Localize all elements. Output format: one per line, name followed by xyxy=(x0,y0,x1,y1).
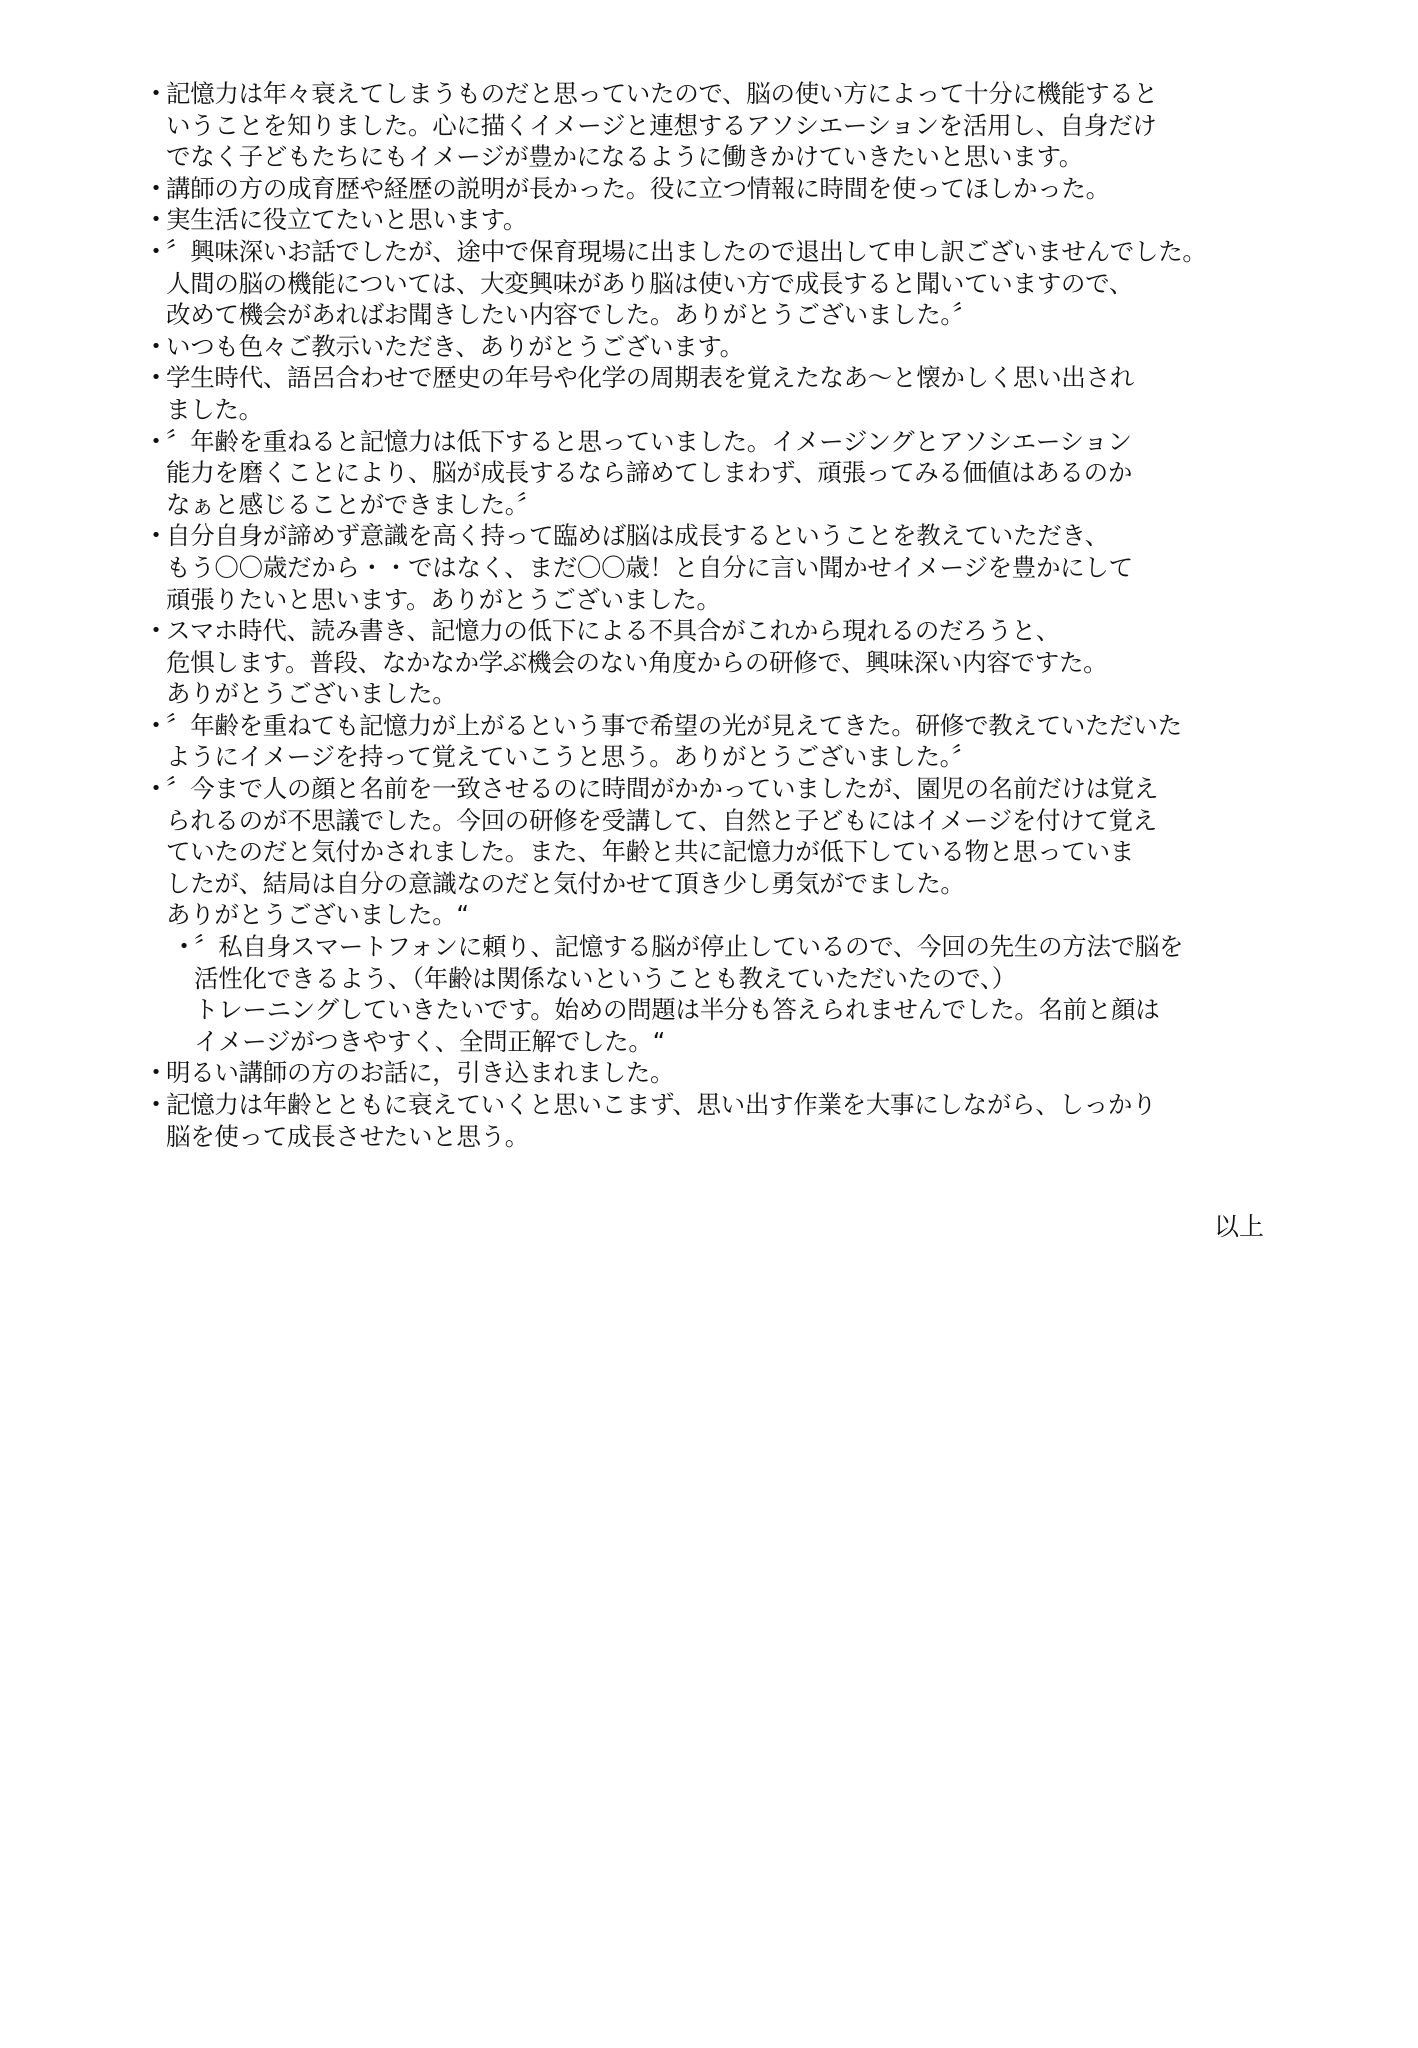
feedback-line: 頑張りたいと思います。ありがとうございました。 xyxy=(166,584,1207,616)
bullet-icon: • xyxy=(148,615,164,647)
feedback-line: ようにイメージを持って覚えていこうと思う。ありがとうございました。〞 xyxy=(166,741,1207,773)
feedback-line: ました。 xyxy=(166,394,1207,426)
feedback-line: スマホ時代、読み書き、記憶力の低下による不具合がこれから現れるのだろうと、 xyxy=(166,615,1207,647)
feedback-line: 講師の方の成育歴や経歴の説明が長かった。役に立つ情報に時間を使ってほしかった。 xyxy=(166,173,1207,205)
feedback-line: 記憶力は年齢とともに衰えていくと思いこまず、思い出す作業を大事にしながら、しっか… xyxy=(166,1089,1207,1121)
feedback-item: •記憶力は年々衰えてしまうものだと思っていたので、脳の使い方によって十分に機能す… xyxy=(148,78,1207,173)
feedback-line: 〞年齢を重ねると記憶力は低下すると思っていました。イメージングとアソシエーション xyxy=(166,426,1207,458)
feedback-line: 能力を磨くことにより、脳が成長するなら諦めてしまわず、頑張ってみる価値はあるのか xyxy=(166,457,1207,489)
feedback-line: 改めて機会があればお聞きしたい内容でした。ありがとうございました。〞 xyxy=(166,299,1207,331)
bullet-icon: • xyxy=(176,931,192,963)
feedback-line: もう〇〇歳だから・・ではなく、まだ〇〇歳！と自分に言い聞かせイメージを豊かにして xyxy=(166,552,1207,584)
bullet-icon: • xyxy=(148,78,164,110)
closing-mark: 以上 xyxy=(1214,1212,1264,1242)
feedback-item: •いつも色々ご教示いただき、ありがとうございます。 xyxy=(148,331,1207,363)
feedback-line: 学生時代、語呂合わせで歴史の年号や化学の周期表を覚えたなあ～と懐かしく思い出され xyxy=(166,362,1207,394)
feedback-line: 〞年齢を重ねても記憶力が上がるという事で希望の光が見えてきた。研修で教えていただ… xyxy=(166,710,1207,742)
feedback-line: したが、結局は自分の意識なのだと気付かせて頂き少し勇気がでました。 xyxy=(166,868,1207,900)
feedback-item: •〞今まで人の顔と名前を一致させるのに時間がかかっていましたが、園児の名前だけは… xyxy=(148,773,1207,931)
feedback-line: ありがとうございました。“ xyxy=(166,899,1207,931)
feedback-line: 脳を使って成長させたいと思う。 xyxy=(166,1121,1207,1153)
nested-feedback-item: •〞私自身スマートフォンに頼り、記憶する脳が停止しているので、今回の先生の方法で… xyxy=(176,931,1207,1057)
feedback-item: •講師の方の成育歴や経歴の説明が長かった。役に立つ情報に時間を使ってほしかった。 xyxy=(148,173,1207,205)
feedback-item: •〞年齢を重ねると記憶力は低下すると思っていました。イメージングとアソシエーショ… xyxy=(148,426,1207,521)
feedback-item: •明るい講師の方のお話に，引き込まれました。 xyxy=(148,1057,1207,1089)
feedback-line: 記憶力は年々衰えてしまうものだと思っていたので、脳の使い方によって十分に機能する… xyxy=(166,78,1207,110)
feedback-item: •実生活に役立てたいと思います。 xyxy=(148,204,1207,236)
feedback-line: られるのが不思議でした。今回の研修を受講して、自然と子どもにはイメージを付けて覚… xyxy=(166,805,1207,837)
feedback-line: 実生活に役立てたいと思います。 xyxy=(166,204,1207,236)
bullet-icon: • xyxy=(148,426,164,458)
feedback-line: でなく子どもたちにもイメージが豊かになるように働きかけていきたいと思います。 xyxy=(166,141,1207,173)
feedback-line: トレーニングしていきたいです。始めの問題は半分も答えられませんでした。名前と顔は xyxy=(194,994,1207,1026)
feedback-line: 〞今まで人の顔と名前を一致させるのに時間がかかっていましたが、園児の名前だけは覚… xyxy=(166,773,1207,805)
bullet-icon: • xyxy=(148,331,164,363)
feedback-line: いつも色々ご教示いただき、ありがとうございます。 xyxy=(166,331,1207,363)
feedback-line: イメージがつきやすく、全問正解でした。“ xyxy=(194,1026,1207,1058)
feedback-line: なぁと感じることができました。〞 xyxy=(166,489,1207,521)
feedback-item: •〞年齢を重ねても記憶力が上がるという事で希望の光が見えてきた。研修で教えていた… xyxy=(148,710,1207,773)
feedback-item: •記憶力は年齢とともに衰えていくと思いこまず、思い出す作業を大事にしながら、しっ… xyxy=(148,1089,1207,1152)
bullet-icon: • xyxy=(148,773,164,805)
bullet-icon: • xyxy=(148,173,164,205)
feedback-item: •〞興味深いお話でしたが、途中で保育現場に出ましたので退出して申し訳ございません… xyxy=(148,236,1207,331)
feedback-list: •記憶力は年々衰えてしまうものだと思っていたので、脳の使い方によって十分に機能す… xyxy=(148,78,1207,1152)
feedback-line: 〞興味深いお話でしたが、途中で保育現場に出ましたので退出して申し訳ございませんで… xyxy=(166,236,1207,268)
feedback-line: 明るい講師の方のお話に，引き込まれました。 xyxy=(166,1057,1207,1089)
bullet-icon: • xyxy=(148,710,164,742)
feedback-line: 自分自身が諦めず意識を高く持って臨めば脳は成長するということを教えていただき、 xyxy=(166,520,1207,552)
bullet-icon: • xyxy=(148,1057,164,1089)
feedback-line: 危惧します。普段、なかなか学ぶ機会のない角度からの研修で、興味深い内容ですた。 xyxy=(166,647,1207,679)
bullet-icon: • xyxy=(148,362,164,394)
document-page: •記憶力は年々衰えてしまうものだと思っていたので、脳の使い方によって十分に機能す… xyxy=(0,0,1418,2048)
bullet-icon: • xyxy=(148,520,164,552)
bullet-icon: • xyxy=(148,1089,164,1121)
feedback-line: 活性化できるよう、（年齢は関係ないということも教えていただいたので、） xyxy=(194,963,1207,995)
feedback-line: 人間の脳の機能については、大変興味があり脳は使い方で成長すると聞いていますので、 xyxy=(166,268,1207,300)
feedback-item: •学生時代、語呂合わせで歴史の年号や化学の周期表を覚えたなあ～と懐かしく思い出さ… xyxy=(148,362,1207,425)
feedback-line: 〞私自身スマートフォンに頼り、記憶する脳が停止しているので、今回の先生の方法で脳… xyxy=(194,931,1207,963)
bullet-icon: • xyxy=(148,236,164,268)
bullet-icon: • xyxy=(148,204,164,236)
feedback-item: •自分自身が諦めず意識を高く持って臨めば脳は成長するということを教えていただき、… xyxy=(148,520,1207,615)
feedback-line: いうことを知りました。心に描くイメージと連想するアソシエーションを活用し、自身だ… xyxy=(166,110,1207,142)
feedback-line: ていたのだと気付かされました。また、年齢と共に記憶力が低下している物と思っていま xyxy=(166,836,1207,868)
feedback-item: •スマホ時代、読み書き、記憶力の低下による不具合がこれから現れるのだろうと、危惧… xyxy=(148,615,1207,710)
feedback-line: ありがとうございました。 xyxy=(166,678,1207,710)
